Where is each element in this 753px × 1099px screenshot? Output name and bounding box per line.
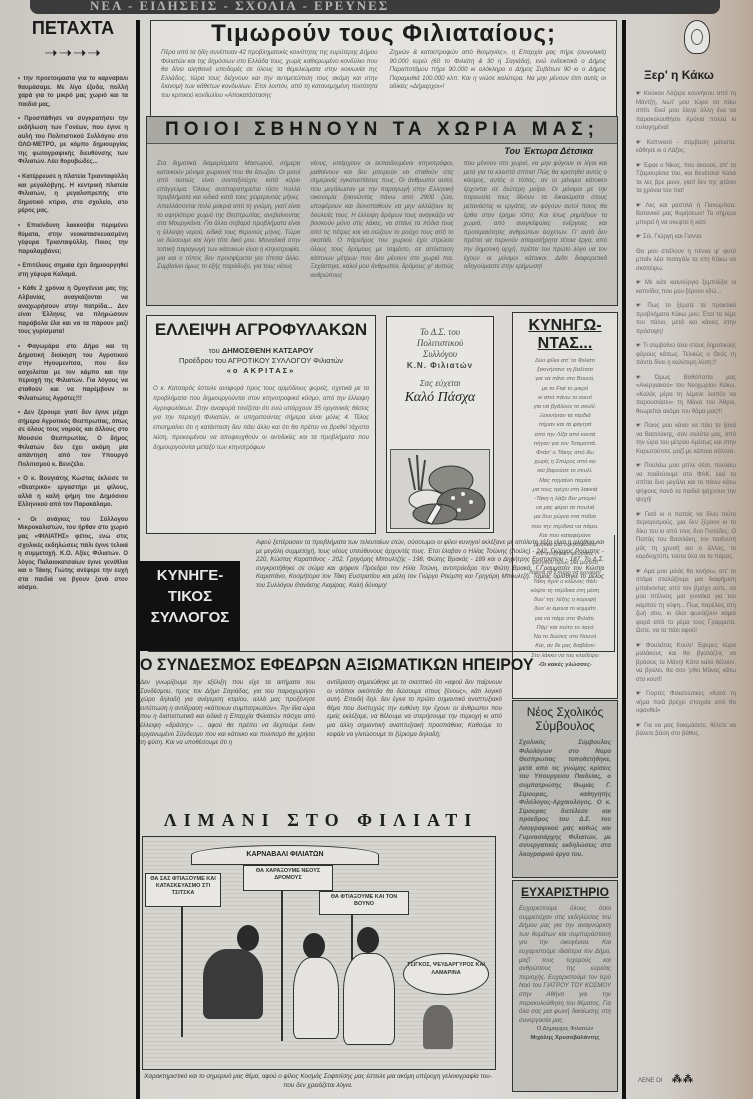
- poem-line: πήραν και τα φαγητά: [513, 421, 617, 430]
- ad-wishes: Σας εύχεται: [387, 379, 493, 388]
- column-petahta: ΠΕΤΑΧΤΑ ➝➝➝➝ • Την προετοιμασία για το κ…: [18, 18, 128, 1098]
- signoff-line: Ο Δήμαρχος Φιλιατών: [513, 1025, 617, 1034]
- poem-line: να μας φέρει τα πουλιά: [513, 504, 617, 513]
- gossip-item: ☛ Με κάτι καινούργιο ξεμπλέξει οι καπνίδ…: [636, 279, 736, 296]
- article-col: Στα δημοτικά διαμερίσματα Μασωρού, σήμερ…: [157, 160, 300, 280]
- news-item: • Φαγωμάρα στο Δήμο και τη Δημοτική διοί…: [18, 343, 128, 403]
- article-col: Πέρα από τα ήδη συνέπειαν 42 προβληματικ…: [161, 49, 378, 101]
- article-headline: Τιμωρούν τους Φιλιαταίους;: [151, 21, 616, 47]
- article-reserve-officers: Ο ΣΥΝΔΕΣΜΟΣ ΕΦΕΔΡΩΝ ΑΞΙΩΜΑΤΙΚΩΝ ΗΠΕΙΡΟΥ …: [140, 655, 502, 752]
- poem-line: Φτάσ' ο Τάκης από δω: [513, 449, 617, 458]
- poem-line: Μας πηγαίνει παρέα: [513, 477, 617, 486]
- ad-sender: Το Δ.Σ. του Πολιτιστικού Συλλόγου Κ.Ν. Φ…: [387, 317, 493, 371]
- cartoon-headline: ΛΙΜΑΝΙ ΣΤΟ ΦΙΛΙΑΤΙ: [140, 810, 502, 831]
- label-line: ΤΙΚΟΣ: [140, 586, 240, 607]
- author-prefix: του: [209, 346, 220, 355]
- poem-line: κι από πάνω το κουτί: [513, 394, 617, 403]
- poem-line: -Τάκη η λάζο δεν μπορεί: [513, 495, 617, 504]
- news-item: • Δεν ξέρουμε γιατί δεν έγινε μέχρι σήμε…: [18, 409, 128, 469]
- article-headline: Νέος Σχολικός Σύμβουλος: [513, 705, 617, 733]
- protest-sign: ΘΑ ΣΑΣ ΦΤΙΑΞΟΥΜΕ ΚΑΙ ΚΑΤΑΣΚΕΥΑΣΜΟ ΣΤΙ ΤΣ…: [145, 873, 221, 907]
- gossip-item: ☛ Καπνικού - σύμβαση μάλιστα, κάθησε κι …: [636, 139, 736, 156]
- gossip-item: ☛ Όμως Βαθόπαπα μας «Ανεργιακού» του Νεο…: [636, 374, 736, 417]
- gossip-item: ☛ Λες και μαστιλά ή Πανωρίτσα. Βοτανικό …: [636, 202, 736, 228]
- figure-head: [303, 933, 325, 959]
- poem-line: που την πέρδικα να πάρει.: [513, 523, 617, 532]
- figure-body: [343, 953, 395, 1045]
- article-col: αντίδραση σημειώθηκε με το σκεπτικό ότι …: [327, 679, 502, 748]
- article-col: Ζημιών & καταστροφών από θεομηνίες», η Ε…: [390, 49, 607, 101]
- author-name: ΔΗΜΟΣΘΕΝΗ ΚΑΤΣΑΡΟΥ: [222, 346, 313, 355]
- article-signoff: Ο Δήμαρχος Φιλιατών Μιχάλης Χρυσοβαλάντη…: [513, 1025, 617, 1043]
- news-item: • Επιτέλους σημαία έχει δημιουργηθεί στη…: [18, 262, 128, 279]
- figure-head: [237, 925, 259, 951]
- label-line: ΣΥΛΛΟΓΟΣ: [140, 607, 240, 628]
- news-item: • Κατέρρευσε η πλατεία Τριανταφύλλη και …: [18, 173, 128, 216]
- gossip-item: ☛ Πουλάω μου μπλε σέσι, πουλάω να παιδεύ…: [636, 462, 736, 505]
- article-body: Ευχαριστούμε όλους όσοι συμμετείχαν στις…: [513, 905, 617, 1025]
- section-masthead-strip: ΝΕΑ - ΕΙΔΗΣΕΙΣ - ΣΧΟΛΙΑ - ΕΡΕΥΝΕΣ: [30, 0, 720, 14]
- poem-line: και βαρούσε το σκυλί.: [513, 467, 617, 476]
- article-school-advisor: Νέος Σχολικός Σύμβουλος Σχολικός Σύμβουλ…: [512, 700, 618, 878]
- protest-sign: ΘΑ ΦΤΙΑΞΟΥΜΕ ΚΑΙ ΤΟΝ ΒΟΥΝΟ: [319, 891, 409, 915]
- column-divider-right: [622, 20, 626, 1099]
- signature-mark-icon: ⁂⁂: [672, 1074, 694, 1085]
- signoff-line: Μιχάλης Χρυσοβαλάντης: [513, 1034, 617, 1043]
- ad-line: Κ.Ν. Φιλιατών: [407, 361, 473, 370]
- ad-line: Πολιτιστικού: [417, 338, 463, 348]
- article-headline: ΚΥΝΗΓΩ-ΝΤΑΣ...: [513, 317, 617, 353]
- small-figure: [423, 1005, 453, 1049]
- label-line: ΚΥΝΗΓΕ-: [140, 565, 240, 586]
- figure-body: [293, 957, 339, 1039]
- column-title: ΠΕΤΑΧΤΑ: [18, 18, 128, 39]
- association-name: «ο ΑΚΡΙΤΑΣ»: [227, 366, 296, 375]
- column-signature: ΛΕΝΕ ΟΙ ⁂⁂: [638, 1074, 694, 1085]
- article-headline: ΕΛΛΕΙΨΗ ΑΓΡΟΦΥΛΑΚΩΝ: [147, 320, 375, 340]
- cartoon-caption: Χαρακτηριστικό και το σημερινό μας θέμα,…: [142, 1072, 494, 1090]
- sign-stick: [281, 891, 283, 1041]
- easter-greeting-ad: Το Δ.Σ. του Πολιτιστικού Συλλόγου Κ.Ν. Φ…: [386, 316, 494, 533]
- poem-line: ξεκινήσανε τη βαλίτσα: [513, 366, 617, 375]
- figure-head: [357, 927, 379, 953]
- poem-line: μα δυο χώρια στα πόδια: [513, 513, 617, 522]
- article-byline: Του Έκτωρα Δέτσικα: [147, 146, 617, 156]
- easter-eggs-illustration: [390, 449, 490, 529]
- newspaper-page: ΝΕΑ - ΕΙΔΗΣΕΙΣ - ΣΧΟΛΙΑ - ΕΡΕΥΝΕΣ ΠΕΤΑΧΤ…: [0, 0, 753, 1099]
- article-col: νέους, υπάρχουν οι εκπαιδευμένοι κτηνοτρ…: [310, 160, 453, 280]
- article-headline: ΕΥΧΑΡΙΣΤΗΡΙΟ: [513, 885, 617, 899]
- carnival-banner: ΚΑΡΝΑΒΑΛΙ ΦΙΛΙΑΤΩΝ: [191, 845, 379, 865]
- article-hunting-club: ΚΥΝΗΓΕ- ΤΙΚΟΣ ΣΥΛΛΟΓΟΣ Αφού ξεπέρασαν τα…: [148, 535, 615, 652]
- hunting-club-label: ΚΥΝΗΓΕ- ΤΙΚΟΣ ΣΥΛΛΟΓΟΣ: [140, 561, 240, 651]
- gossip-item: ☛ Για να μας δοκιμάσετε, θέλετε να βάλετ…: [636, 722, 736, 739]
- gossip-item: ☛ Γιορτές Φιλιατιώτικες «Κατά τη νήμα πο…: [636, 690, 736, 716]
- column-title: Ξερ' η Κάκω: [644, 68, 736, 82]
- ad-greeting: Καλό Πάσχα: [387, 390, 493, 406]
- poem-line: Ξεκινήσαν τα παιδιά: [513, 412, 617, 421]
- article-agro: ΕΛΛΕΙΨΗ ΑΓΡΟΦΥΛΑΚΩΝ του ΔΗΜΟΣΘΕΝΗ ΚΑΤΣΑΡ…: [146, 315, 376, 534]
- article-punish: Τιμωρούν τους Φιλιαταίους; Πέρα από τα ή…: [150, 20, 617, 120]
- poem-line: μα τους τρέχει στη λακκιά: [513, 486, 617, 495]
- speech-bubble: ΤΣΙΓΚΟΣ, ΨΕΥΔΑΡΓΥΡΟΣ ΚΑΙ ΛΑΜΑΡΙΝΑ: [403, 953, 489, 995]
- article-thanks: ΕΥΧΑΡΙΣΤΗΡΙΟ Ευχαριστούμε όλους όσοι συμ…: [512, 880, 618, 1092]
- gossip-item: ☛ Γιατί κι ο παπάς να δίνει τούτο περιορ…: [636, 511, 736, 562]
- columnist-portrait-icon: [684, 20, 710, 54]
- arrows-icon: ➝➝➝➝: [18, 43, 128, 63]
- protest-sign: ΘΑ ΧΑΡΑΞΟΥΜΕ ΝΕΟΥΣ ΔΡΟΜΟΥΣ: [243, 865, 333, 891]
- gossip-item: ☛ Φουλάτος Κουλι! Έφερες τώρα μαλάκους κ…: [636, 642, 736, 685]
- news-item: • Την προετοιμασία για το καρναβάλι θαυμ…: [18, 75, 128, 109]
- figure-body: [203, 949, 263, 1019]
- news-item: • Κάθε 2 χρόνια η Ομογένεια μας της Αλβα…: [18, 285, 128, 337]
- article-body: Αφού ξεπέρασαν τα προβλήματα των τελευτα…: [256, 539, 604, 591]
- gossip-item: ☛ Αμα μου μιλάς θα κινήσω, απ' το στόμα …: [636, 568, 736, 636]
- gossip-item: ☛ Ποιος μου κάνει να πάει τα ξανά να Βασ…: [636, 422, 736, 456]
- gossip-item: ☛ Έφαε ο Νίκος, που άκουσε, απ' τα Τζαμο…: [636, 162, 736, 196]
- signature-label: ΛΕΝΕ ΟΙ: [638, 1078, 662, 1084]
- gossip-item: ☛ Κούκου Λάζαρε κουνήσου από τη Μάντζη, …: [636, 90, 736, 133]
- article-col: που μένουν στο χωριό, να μην φύγουν οι λ…: [464, 160, 607, 280]
- poem-line: με το Fiat το μικρό: [513, 385, 617, 394]
- gossip-item: ☛ Σιλ, Γιώργη και Γιαννα: [636, 233, 736, 242]
- poem-line: από την Λίζα από κοντά: [513, 431, 617, 440]
- sign-stick: [181, 907, 183, 1037]
- article-headline: Ο ΣΥΝΔΕΣΜΟΣ ΕΦΕΔΡΩΝ ΑΞΙΩΜΑΤΙΚΩΝ ΗΠΕΙΡΟΥ: [140, 655, 480, 675]
- poem-line: χωρίς η Σπύρος από κει: [513, 458, 617, 467]
- column-items: • Την προετοιμασία για το καρναβάλι θαυμ…: [18, 75, 128, 593]
- ad-line: Το Δ.Σ. του: [420, 327, 460, 337]
- article-villages: ΠΟΙΟΙ ΣΒΗΝΟΥΝ ΤΑ ΧΩΡΙΑ ΜΑΣ; Του Έκτωρα Δ…: [146, 116, 618, 306]
- article-author-block: του ΔΗΜΟΣΘΕΝΗ ΚΑΤΣΑΡΟΥ Προέδρου του ΑΓΡΟ…: [147, 346, 375, 376]
- article-headline: ΠΟΙΟΙ ΣΒΗΝΟΥΝ ΤΑ ΧΩΡΙΑ ΜΑΣ;: [147, 117, 617, 144]
- news-item: • Οι ανάγκες του Σύλλογου Μικροκαλιστών,…: [18, 516, 128, 593]
- article-body: Σχολικός Σύμβουλος Φιλολόγων στο Νομό Θε…: [513, 739, 617, 859]
- news-item: • Επικίνδυνη λακκούβα περιμένει θύματα, …: [18, 222, 128, 256]
- gossip-item: ☛ Πως το ξέρατε τα πρακτικά προβλήματα Κ…: [636, 302, 736, 336]
- news-item: • Προσπάθησε να συγκρατήσει την εκδήλωση…: [18, 115, 128, 167]
- ad-line: Συλλόγου: [423, 349, 457, 359]
- gossip-item: ☛ Τι συμβαίνει όλοι στους δημοτικούς φόρ…: [636, 342, 736, 368]
- column-kako: Ξερ' η Κάκω ☛ Κούκου Λάζαρε κουνήσου από…: [636, 20, 736, 1095]
- news-item: • Ο κ. Βουγιάτης Κώστας έκλεισε το «Θεατ…: [18, 475, 128, 509]
- poem-line: πήγαν για τον Τσαμαντά.: [513, 440, 617, 449]
- cartoon-feature: ΛΙΜΑΝΙ ΣΤΟ ΦΙΛΙΑΤΙ ΚΑΡΝΑΒΑΛΙ ΦΙΛΙΑΤΩΝ ΘΑ…: [140, 810, 502, 1095]
- author-role: Προέδρου του ΑΓΡΟΤΙΚΟΥ ΣΥΛΛΟΓΟΥ Φιλιατών: [179, 356, 343, 365]
- poem-line: για να βγάλουν το σκυλί.: [513, 403, 617, 412]
- gossip-item: Θα μου στείλουν η πέννα ψ' φυτό μπαίν λέ…: [636, 248, 736, 274]
- article-col: Δεν γνωρίζουμε την εξέλιξη που είχε τα α…: [140, 679, 315, 748]
- article-body: Ο κ. Κατσαρός έστειλε αναφορά προς τους …: [147, 376, 375, 453]
- cartoon-illustration: ΚΑΡΝΑΒΑΛΙ ΦΙΛΙΑΤΩΝ ΘΑ ΣΑΣ ΦΤΙΑΞΟΥΜΕ ΚΑΙ …: [142, 836, 496, 1070]
- poem-line: Δύο φίλοι απ' το Φιλιάτι: [513, 357, 617, 366]
- poem-line: για να πάνε στο Βουνό,: [513, 375, 617, 384]
- easter-eggs-icon: [391, 450, 489, 528]
- column-items: ☛ Κούκου Λάζαρε κουνήσου από τη Μάντζη, …: [636, 90, 736, 739]
